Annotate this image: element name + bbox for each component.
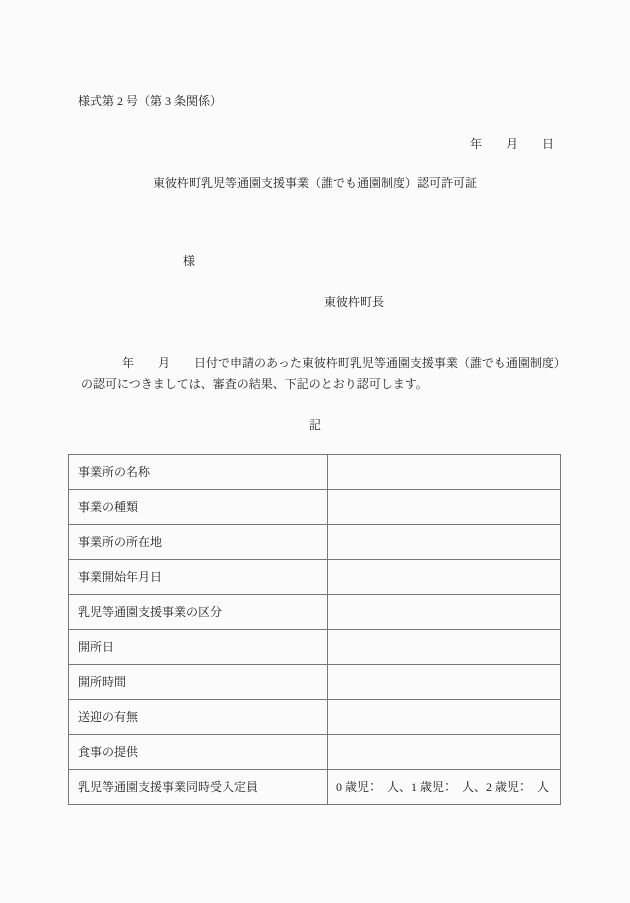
row-label-cell: 開所日 xyxy=(69,630,328,665)
row-value-cell xyxy=(328,665,561,700)
row-label-cell: 送迎の有無 xyxy=(69,700,328,735)
row-value-cell xyxy=(328,595,561,630)
table-row: 乳児等通園支援事業同時受入定員 0 歳児： 人、1 歳児： 人、2 歳児： 人 xyxy=(69,770,561,805)
table-row: 開所時間 xyxy=(69,665,561,700)
row-value-cell xyxy=(328,455,561,490)
row-label-cell: 事業開始年月日 xyxy=(69,560,328,595)
table-row: 食事の提供 xyxy=(69,735,561,770)
addressee-suffix: 様 xyxy=(183,255,195,267)
table-row: 事業の種類 xyxy=(69,490,561,525)
row-label-cell: 事業所の名称 xyxy=(69,455,328,490)
row-value-cell xyxy=(328,560,561,595)
body-text-line-1: 年 月 日付で申請のあった東彼杵町乳児等通園支援事業（誰でも通園制度） xyxy=(122,357,566,369)
row-label-cell: 乳児等通園支援事業同時受入定員 xyxy=(69,770,328,805)
table-row: 事業所の名称 xyxy=(69,455,561,490)
document-page: 様式第 2 号（第 3 条関係） 年 月 日 東彼杵町乳児等通園支援事業（誰でも… xyxy=(0,0,630,903)
row-label-cell: 事業の種類 xyxy=(69,490,328,525)
row-value-cell: 0 歳児： 人、1 歳児： 人、2 歳児： 人 xyxy=(328,770,561,805)
row-label-cell: 事業所の所在地 xyxy=(69,525,328,560)
row-label-cell: 乳児等通園支援事業の区分 xyxy=(69,595,328,630)
row-value-cell xyxy=(328,630,561,665)
row-label-cell: 開所時間 xyxy=(69,665,328,700)
record-heading: 記 xyxy=(0,419,630,431)
issuer-name: 東彼杵町長 xyxy=(324,296,384,308)
row-value-cell xyxy=(328,700,561,735)
document-title: 東彼杵町乳児等通園支援事業（誰でも通園制度）認可許可証 xyxy=(0,177,630,189)
row-label-cell: 食事の提供 xyxy=(69,735,328,770)
row-value-cell xyxy=(328,525,561,560)
table-row: 事業所の所在地 xyxy=(69,525,561,560)
date-line: 年 月 日 xyxy=(470,138,554,150)
body-text-line-2: の認可につきましては、審査の結果、下記のとおり認可します。 xyxy=(81,378,428,390)
table-row: 開所日 xyxy=(69,630,561,665)
row-value-cell xyxy=(328,490,561,525)
table-row: 乳児等通園支援事業の区分 xyxy=(69,595,561,630)
table-row: 事業開始年月日 xyxy=(69,560,561,595)
approval-details-table: 事業所の名称 事業の種類 事業所の所在地 事業開始年月日 乳児等通園支援事業の区… xyxy=(68,454,561,805)
table-row: 送迎の有無 xyxy=(69,700,561,735)
row-value-cell xyxy=(328,735,561,770)
form-number: 様式第 2 号（第 3 条関係） xyxy=(78,95,222,107)
